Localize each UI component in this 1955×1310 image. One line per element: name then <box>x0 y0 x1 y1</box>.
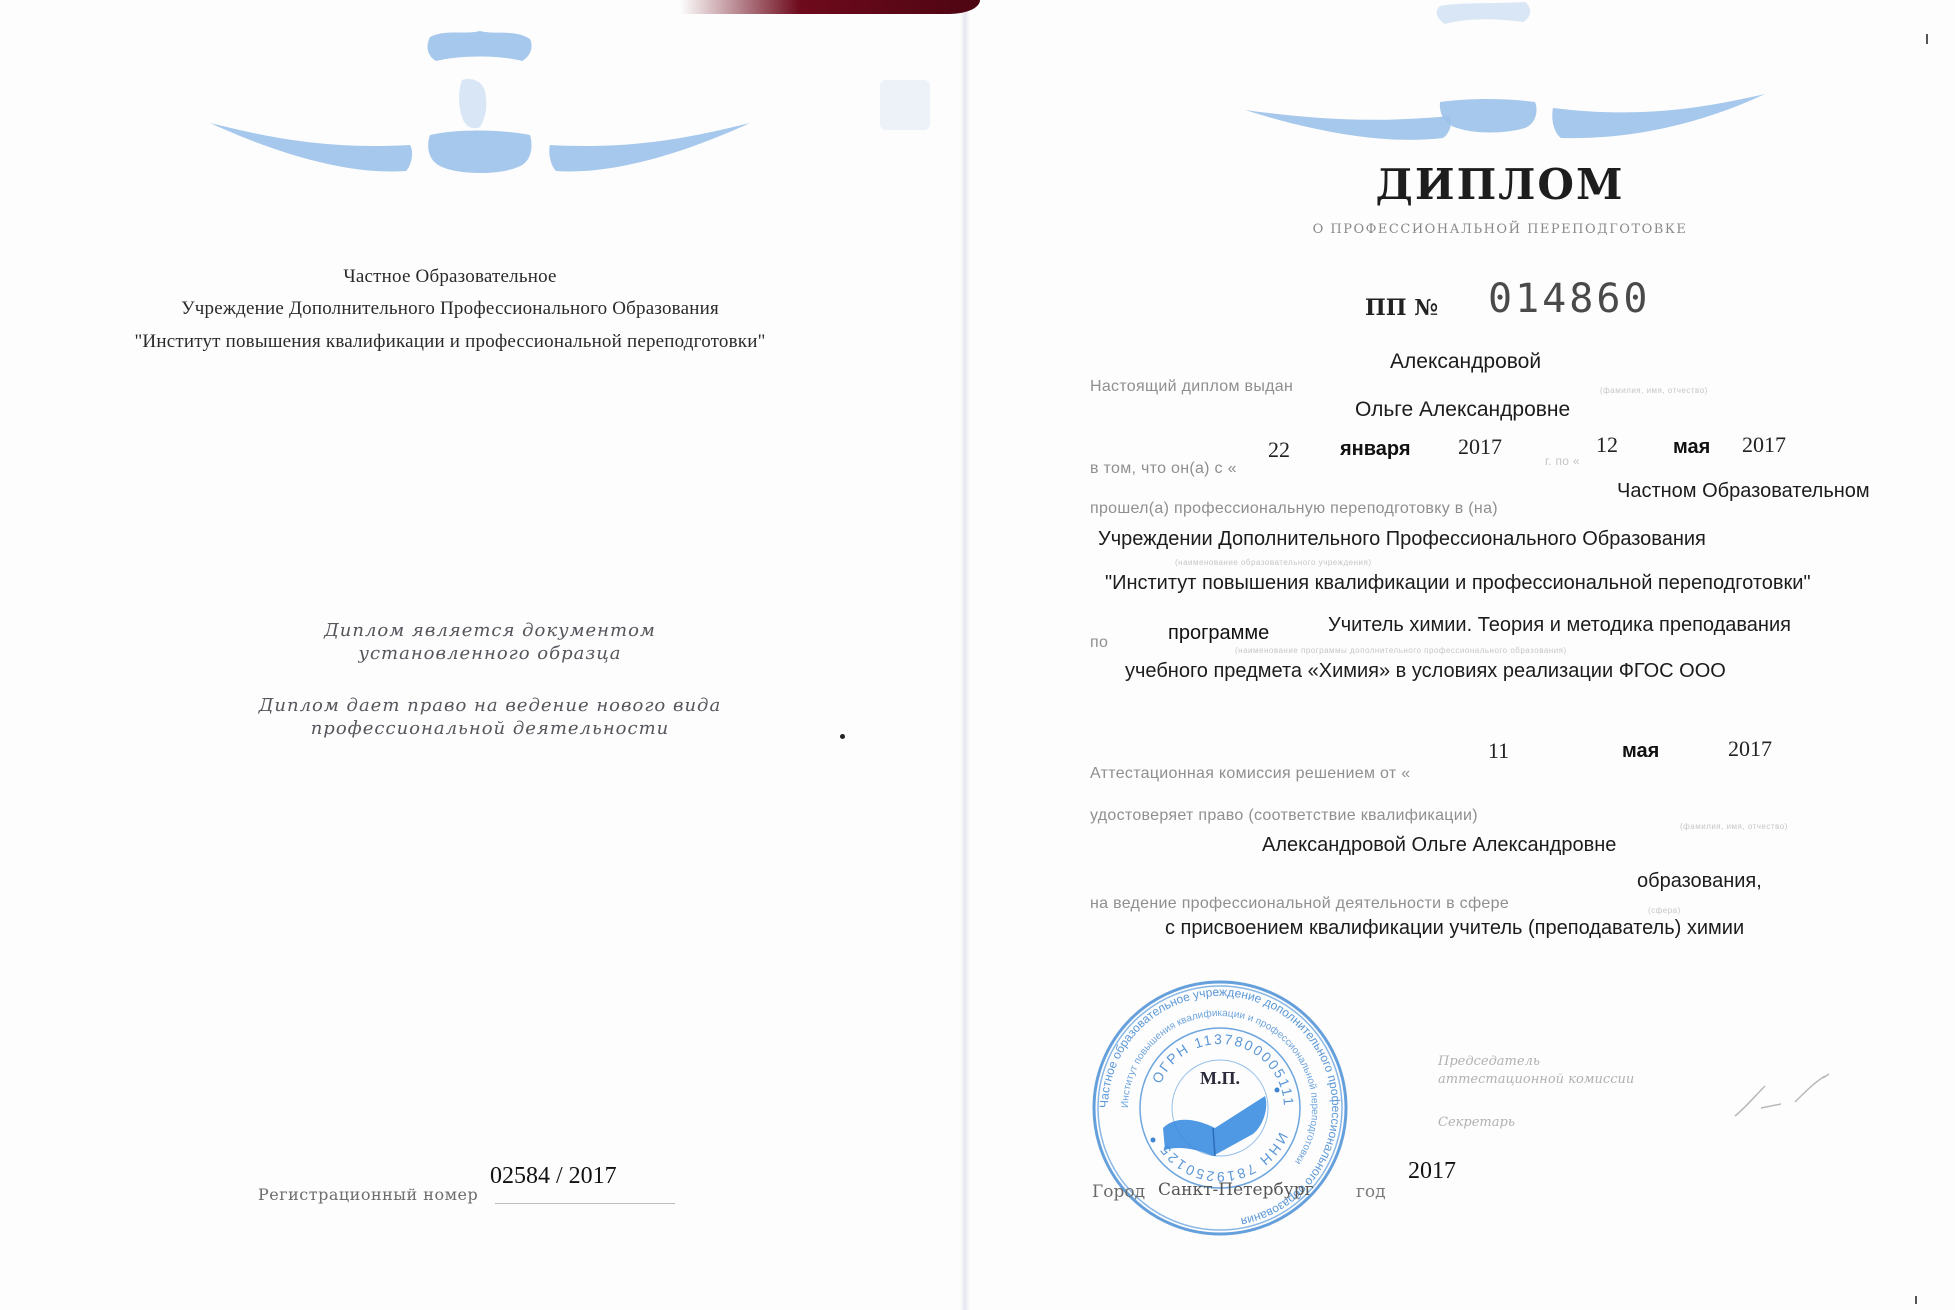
period-from-label: в том, что он(а) с « <box>1090 460 1237 478</box>
diploma-series: ПП № <box>1365 295 1438 321</box>
period-to-month: мая <box>1673 436 1710 459</box>
stamp-mp-label: М.П. <box>1200 1068 1240 1089</box>
qualification-text: с присвоением квалификации учитель (преп… <box>1165 917 1744 940</box>
commission-label: Аттестационная комиссия решением от « <box>1090 765 1410 783</box>
recipient-caption: (фамилия, имя, отчество) <box>1600 386 1708 395</box>
period-from-day: 22 <box>1268 437 1290 463</box>
city-value: Санкт-Петербург <box>1158 1180 1314 1200</box>
registration-number-label: Регистрационный номер <box>258 1185 478 1204</box>
institution-caption: (наименование образовательного учреждени… <box>1175 558 1372 567</box>
edge-mark-bottom <box>1915 1296 1917 1304</box>
commission-year: 2017 <box>1728 736 1772 762</box>
left-ornament-smudge <box>880 80 930 130</box>
institution-line-3: "Институт повышения квалификации и профе… <box>0 331 900 353</box>
note-right-to-practice-line-1: Диплом дает право на ведение нового вида <box>230 695 750 716</box>
registration-number: 02584 / 2017 <box>490 1163 617 1190</box>
recipient-surname: Александровой <box>1390 350 1541 374</box>
chair-label-line-1: Председатель <box>1438 1054 1540 1069</box>
commission-month: мая <box>1622 740 1659 763</box>
diploma-title: ДИПЛОМ <box>1260 160 1740 209</box>
program-label: по <box>1090 634 1108 652</box>
signature-icon <box>1725 1068 1845 1128</box>
issued-to-label: Настоящий диплом выдан <box>1090 378 1293 396</box>
edge-mark-top <box>1926 34 1928 44</box>
diploma-number: 014860 <box>1488 276 1651 322</box>
institution-fill-line-3: "Институт повышения квалификации и профе… <box>1105 572 1811 595</box>
left-ornament-icon <box>200 25 760 175</box>
cover-binding-edge <box>680 0 980 14</box>
registration-underline <box>495 1203 675 1204</box>
institution-label: прошел(а) профессиональную переподготовк… <box>1090 500 1498 518</box>
period-to-label: г. по « <box>1545 454 1580 468</box>
period-to-year: 2017 <box>1742 432 1786 458</box>
certifies-caption: (фамилия, имя, отчество) <box>1680 822 1788 831</box>
sphere-label: на ведение профессиональной деятельности… <box>1090 895 1509 913</box>
city-label: Город <box>1092 1182 1145 1202</box>
certifies-label: удостоверяет право (соответствие квалифи… <box>1090 807 1478 825</box>
institution-fill-line-2: Учреждении Дополнительного Профессиональ… <box>1098 528 1706 551</box>
page-fold <box>960 0 970 1310</box>
certified-person-name: Александровой Ольге Александровне <box>1262 834 1616 857</box>
right-ornament-icon <box>1235 0 1775 150</box>
institution-line-2: Учреждение Дополнительного Профессиональ… <box>0 298 900 320</box>
sphere-value: образования, <box>1637 870 1762 893</box>
program-prefix: программе <box>1168 622 1269 645</box>
issue-year: 2017 <box>1408 1158 1456 1185</box>
program-caption: (наименование программы дополнительного … <box>1235 646 1567 655</box>
institution-line-1: Частное Образовательное <box>0 266 900 288</box>
note-right-to-practice-line-2: профессиональной деятельности <box>230 718 750 739</box>
period-from-year: 2017 <box>1458 434 1502 460</box>
dot-mark <box>840 734 845 739</box>
institution-fill-line-1: Частном Образовательном <box>1617 480 1870 503</box>
commission-day: 11 <box>1488 738 1509 764</box>
sphere-caption: (сфера) <box>1648 906 1681 915</box>
note-official-document-line-2: установленного образца <box>230 643 750 664</box>
period-from-month: января <box>1340 438 1411 461</box>
note-official-document-line-1: Диплом является документом <box>230 620 750 641</box>
diploma-subtitle: О ПРОФЕССИОНАЛЬНОЙ ПЕРЕПОДГОТОВКЕ <box>1230 222 1770 237</box>
program-name-line-2: учебного предмета «Химия» в условиях реа… <box>1125 660 1726 683</box>
secretary-label: Секретарь <box>1438 1115 1515 1130</box>
chair-label-line-2: аттестационной комиссии <box>1438 1072 1634 1087</box>
period-to-day: 12 <box>1596 432 1618 458</box>
recipient-name-patronymic: Ольге Александровне <box>1355 398 1570 422</box>
program-name-line-1: Учитель химии. Теория и методика препода… <box>1328 614 1791 637</box>
year-label: год <box>1356 1182 1386 1202</box>
